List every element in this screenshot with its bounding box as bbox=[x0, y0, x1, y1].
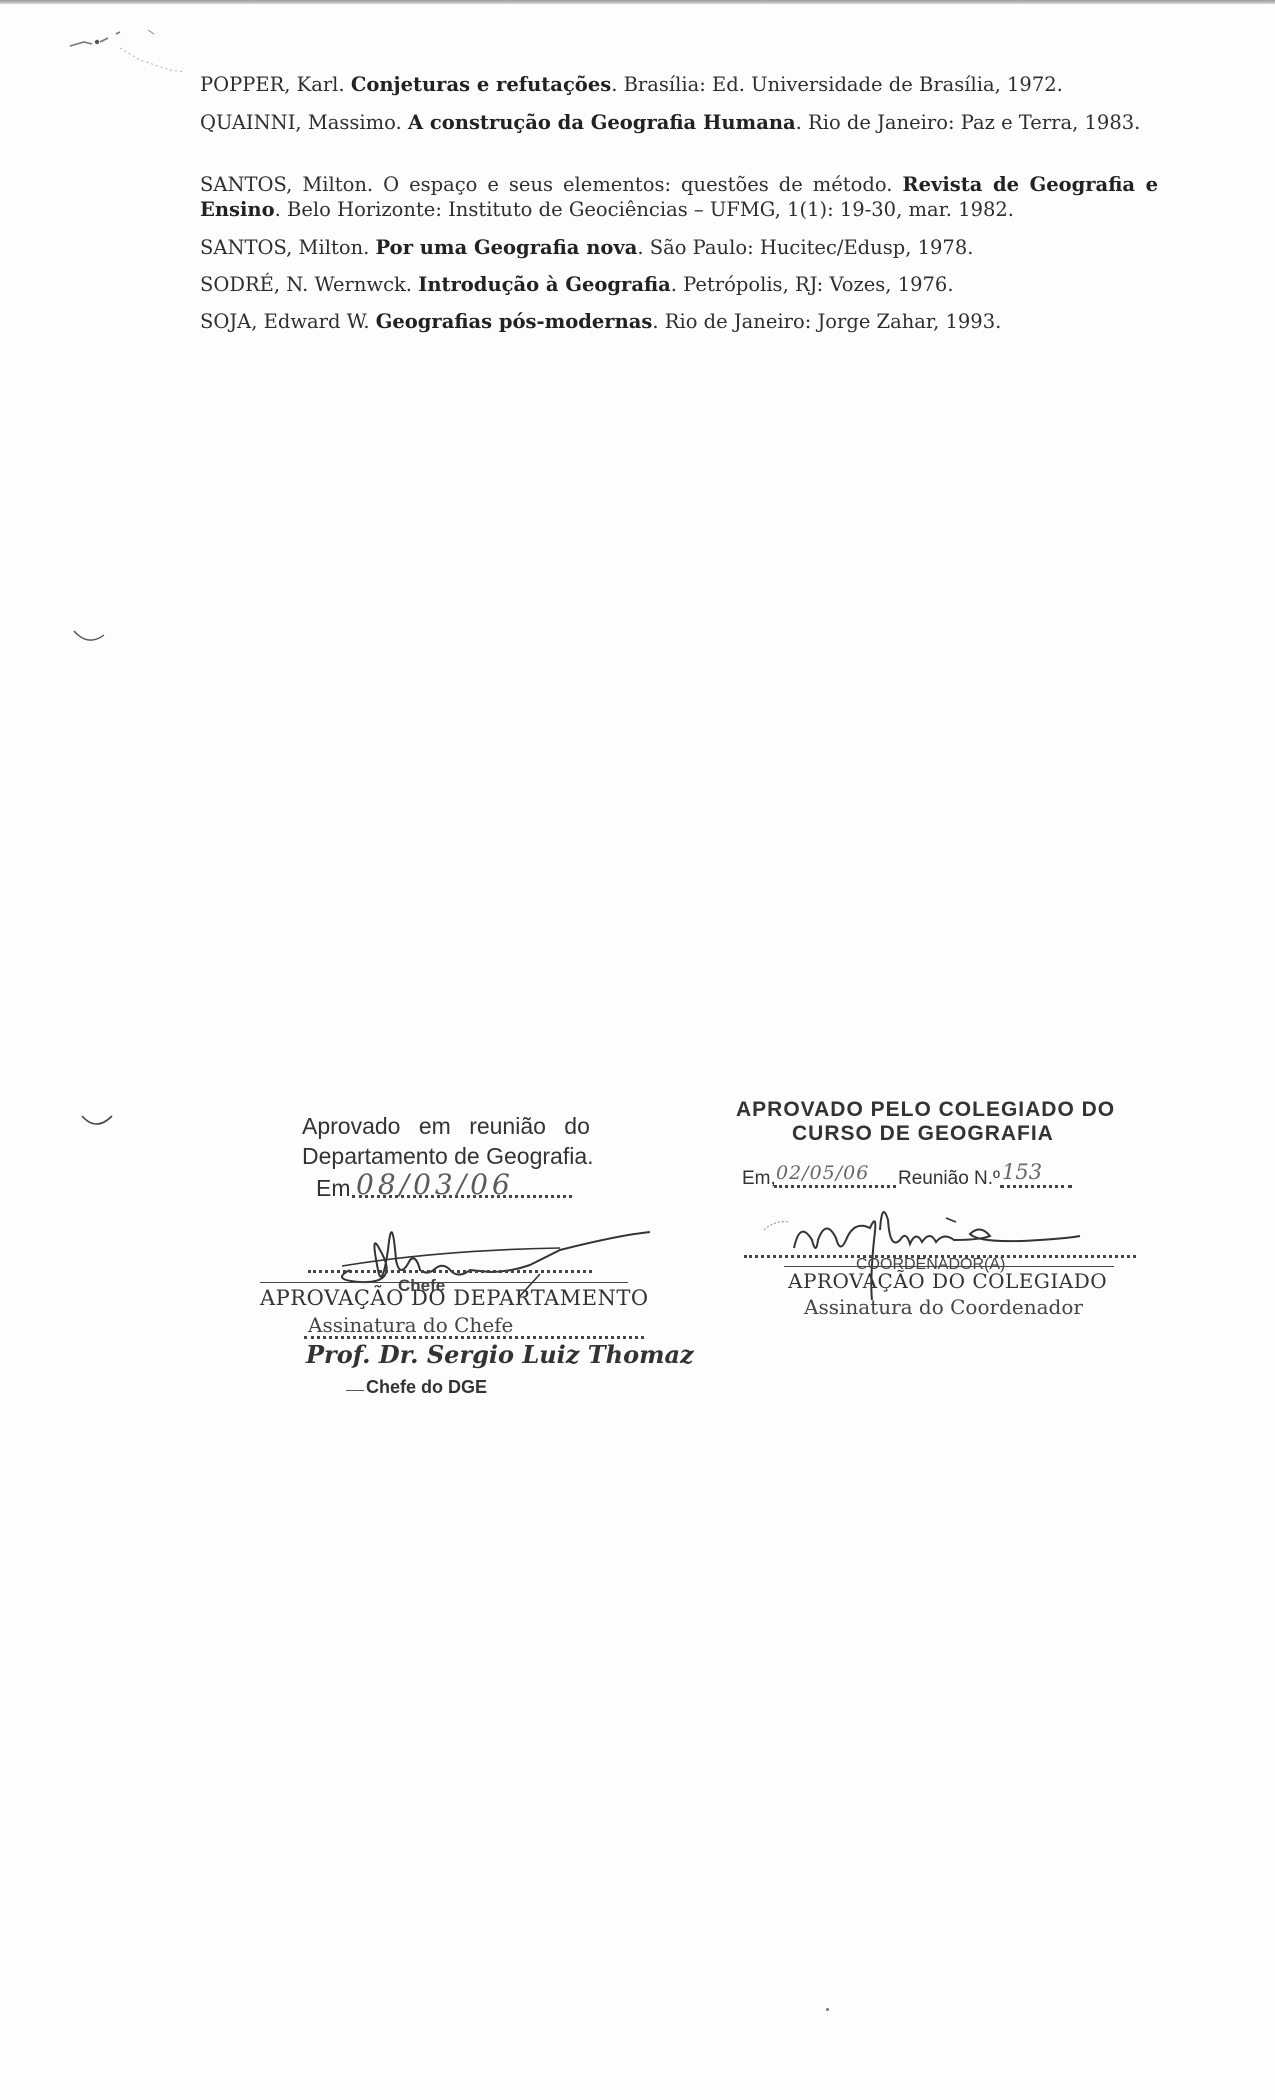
reference-item: POPPER, Karl. Conjeturas e refutações. B… bbox=[200, 72, 1063, 97]
stamp-title: APROVADO PELO COLEGIADO DO bbox=[736, 1098, 1115, 1122]
handwritten-meeting-number: 153 bbox=[1002, 1160, 1042, 1184]
date-label: Em, bbox=[742, 1168, 776, 1190]
handwritten-date: 08/03/06 bbox=[356, 1168, 514, 1201]
signature-caption: Assinatura do Coordenador bbox=[804, 1295, 1083, 1319]
handwritten-date: 02/05/06 bbox=[776, 1162, 869, 1184]
reference-item: SANTOS, Milton. Por uma Geografia nova. … bbox=[200, 235, 973, 260]
colegiado-approval-stamp: APROVADO PELO COLEGIADO DO CURSO DE GEOG… bbox=[730, 1090, 1150, 1350]
signer-title: Chefe do DGE bbox=[366, 1377, 487, 1398]
department-approval-stamp: Aprovado em reunião do Departamento de G… bbox=[260, 1100, 680, 1400]
approval-title: APROVAÇÃO DO DEPARTAMENTO bbox=[260, 1286, 649, 1310]
scan-hole-mark-upper bbox=[70, 625, 110, 650]
scan-speck bbox=[826, 2008, 829, 2011]
date-label: Em bbox=[316, 1175, 351, 1202]
stamp-text: Aprovado em reunião do bbox=[302, 1113, 590, 1140]
scan-top-edge bbox=[0, 0, 1275, 4]
scan-hole-mark-lower bbox=[78, 1110, 118, 1135]
stamp-text: Departamento de Geografia. bbox=[302, 1143, 594, 1170]
reference-item: QUAINNI, Massimo. A construção da Geogra… bbox=[200, 110, 1158, 135]
dash-mark bbox=[346, 1390, 364, 1391]
meeting-label: Reunião N.º bbox=[898, 1168, 1000, 1190]
reference-item: SOJA, Edward W. Geografias pós-modernas.… bbox=[200, 309, 1001, 334]
scan-smudge-mark bbox=[60, 20, 200, 90]
stamp-title: CURSO DE GEOGRAFIA bbox=[792, 1122, 1054, 1146]
signature-caption: Assinatura do Chefe bbox=[308, 1313, 513, 1337]
reference-item: SANTOS, Milton. O espaço e seus elemento… bbox=[200, 172, 1158, 222]
signer-name: Prof. Dr. Sergio Luiz Thomaz bbox=[306, 1340, 694, 1369]
signature-dotted-line bbox=[308, 1270, 592, 1273]
reference-item: SODRÉ, N. Wernwck. Introdução à Geografi… bbox=[200, 272, 954, 297]
approval-title: APROVAÇÃO DO COLEGIADO bbox=[788, 1269, 1107, 1293]
meeting-dotted-line bbox=[1000, 1185, 1072, 1188]
date-dotted-line bbox=[774, 1185, 896, 1188]
name-dotted-line bbox=[304, 1336, 644, 1339]
